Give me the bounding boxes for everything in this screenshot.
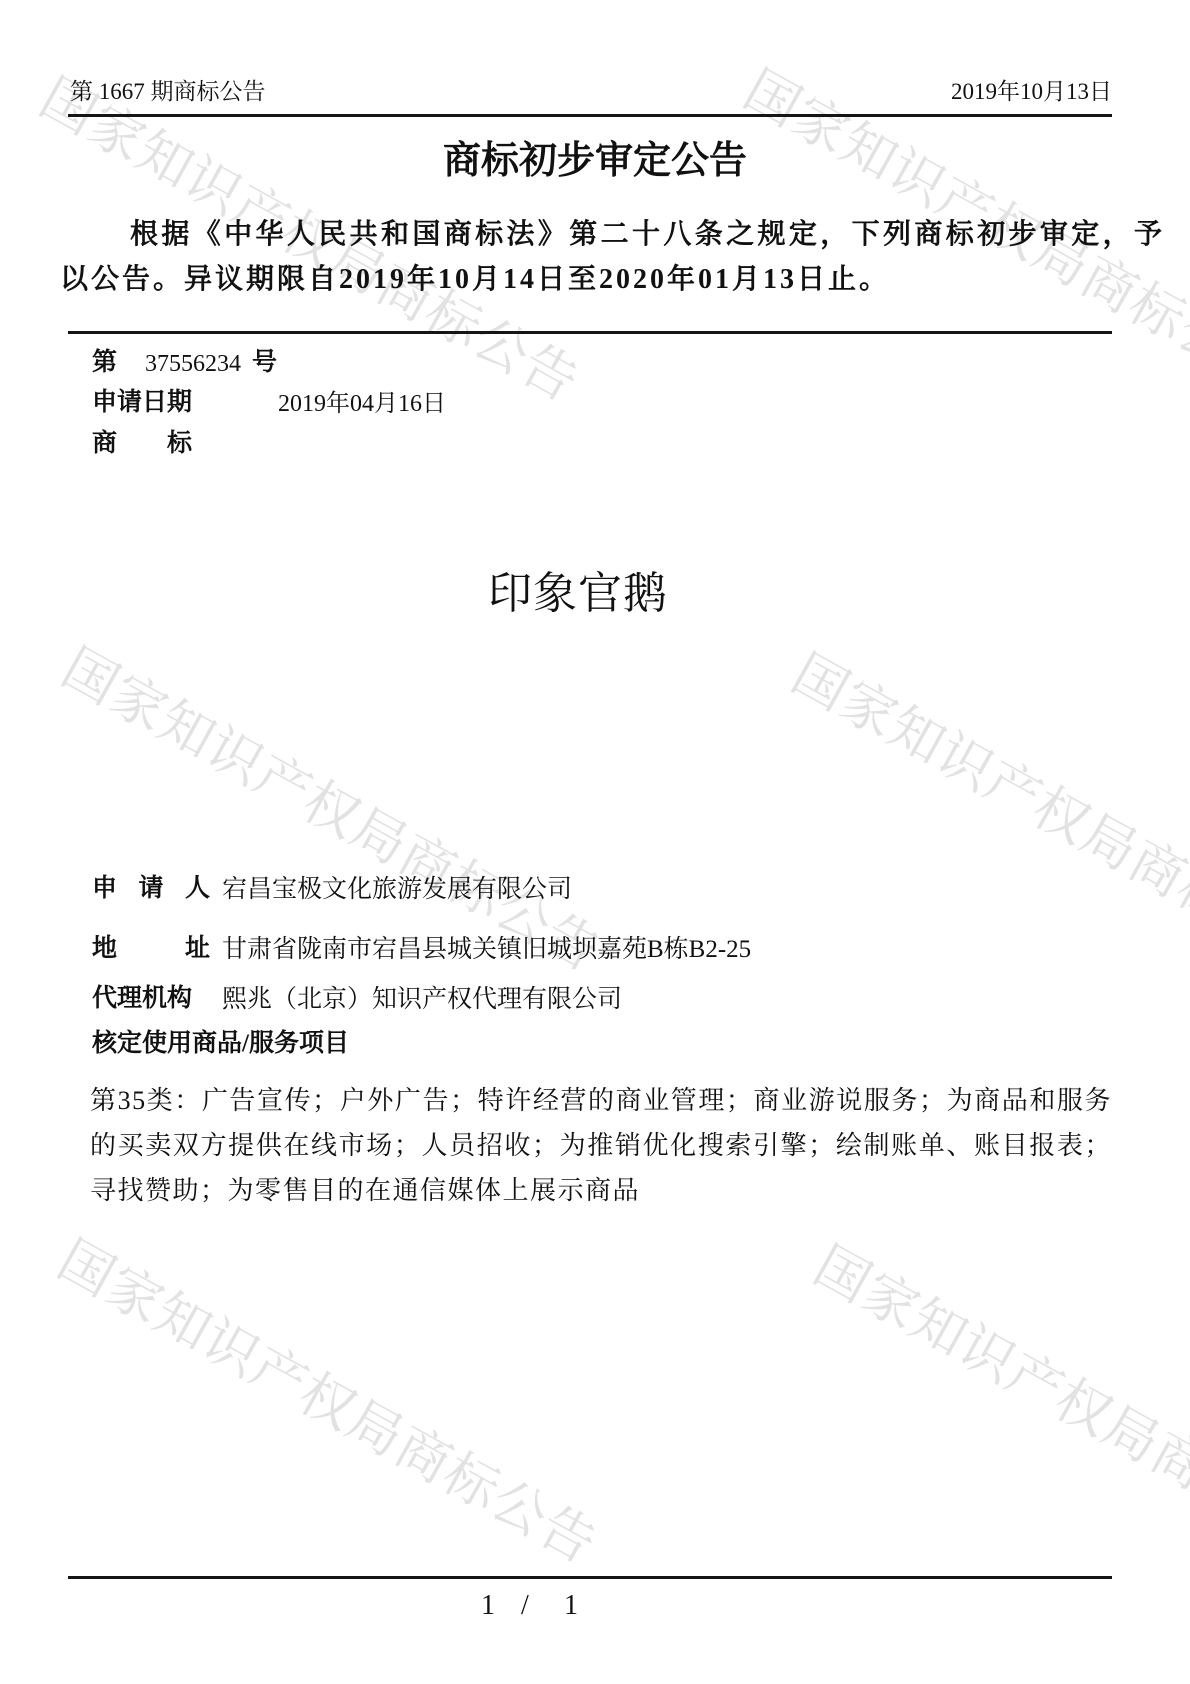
footer-current-page: 1: [481, 1592, 495, 1620]
footer-total-pages: 1: [564, 1592, 578, 1620]
agency-label: 代理机构: [92, 986, 192, 1011]
header-date: 2019年10月13日: [951, 80, 1112, 103]
services-heading: 核定使用商品/服务项目: [92, 1031, 349, 1056]
reg-number-value: 37556234: [145, 352, 241, 376]
agency-value: 熙兆（北京）知识产权代理有限公司: [222, 987, 622, 1012]
application-date-value: 2019年04月16日: [278, 392, 446, 416]
reg-number-suffix-label: 号: [252, 350, 277, 375]
document-content: 第 1667 期商标公告 2019年10月13日 商标初步审定公告 根据《中华人…: [0, 0, 1190, 1684]
trademark-name: 印象官鹅: [488, 572, 668, 616]
document-page: 国家知识产权局商标公告 国家知识产权局商标公告 国家知识产权局商标公告 国家知识…: [0, 0, 1190, 1684]
header-issue: 第 1667 期商标公告: [70, 80, 266, 103]
header-rule: [68, 114, 1112, 117]
applicant-label: 申请人: [92, 876, 210, 901]
intro-paragraph: 根据《中华人民共和国商标法》第二十八条之规定，下列商标初步审定，予以公告。异议期…: [60, 212, 1165, 302]
section-rule: [68, 331, 1112, 334]
applicant-value: 宕昌宝极文化旅游发展有限公司: [222, 877, 572, 902]
page-title: 商标初步审定公告: [0, 138, 1190, 186]
footer-rule: [68, 1576, 1112, 1579]
reg-number-prefix-label: 第: [92, 350, 117, 375]
trademark-label: 商标: [92, 431, 192, 456]
address-value: 甘肃省陇南市宕昌县城关镇旧城坝嘉苑B栋B2-25: [222, 937, 751, 962]
application-date-label: 申请日期: [92, 390, 192, 415]
footer-page-separator: /: [521, 1592, 529, 1620]
address-label: 地址: [92, 936, 210, 961]
services-paragraph: 第35类：广告宣传；户外广告；特许经营的商业管理；商业游说服务；为商品和服务的买…: [90, 1078, 1112, 1213]
